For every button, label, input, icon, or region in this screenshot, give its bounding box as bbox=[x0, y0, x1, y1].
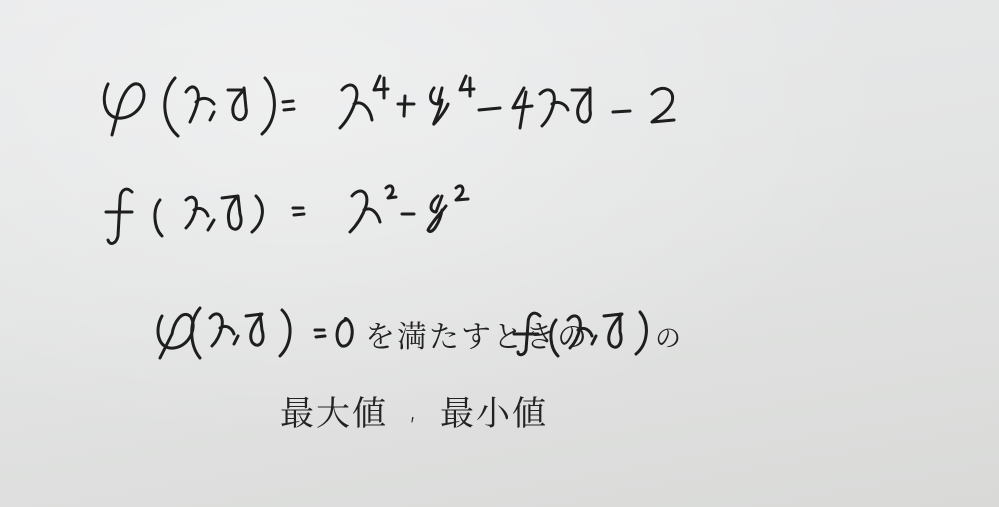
separator-comma: , bbox=[408, 392, 420, 427]
problem-line-2: 最大値 , 最小値 bbox=[0, 0, 999, 507]
max-value-label: 最大値 bbox=[280, 386, 388, 435]
min-value-label: 最小値 bbox=[440, 386, 548, 435]
